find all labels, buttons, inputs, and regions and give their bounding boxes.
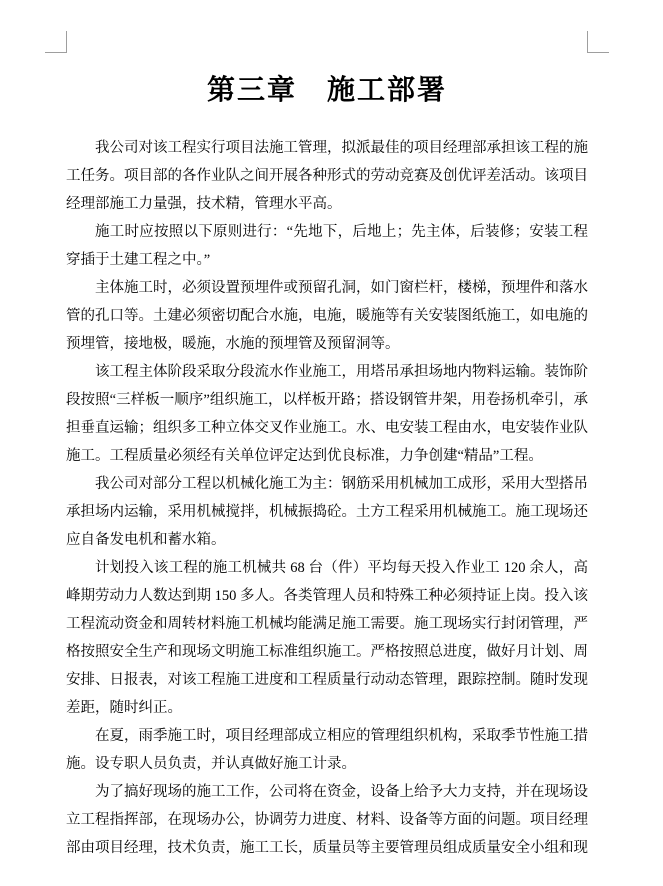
- page-margin-crop-mark-top-left: [45, 31, 67, 53]
- chapter-title: 第三章 施工部署: [66, 72, 588, 110]
- body-paragraph: 施工时应按照以下原则进行：“先地下，后地上；先主体，后装修；安装工程穿插于土建工…: [66, 218, 588, 274]
- body-paragraph: 为了搞好现场的施工工作，公司将在资金，设备上给予大力支持，并在现场设立工程指挥部…: [66, 778, 588, 862]
- body-paragraph: 在夏，雨季施工时，项目经理部成立相应的管理组织机构，采取季节性施工措施。设专职人…: [66, 722, 588, 778]
- body-paragraph: 我公司对该工程实行项目法施工管理，拟派最佳的项目经理部承担该工程的施工任务。项目…: [66, 134, 588, 218]
- page-margin-crop-mark-top-right: [587, 31, 609, 53]
- body-paragraph: 主体施工时，必须设置预埋件或预留孔洞，如门窗栏杆，楼梯，预埋件和落水管的孔口等。…: [66, 274, 588, 358]
- body-paragraph: 该工程主体阶段采取分段流水作业施工，用塔吊承担场地内物料运输。装饰阶段按照“三样…: [66, 358, 588, 470]
- body-paragraph: 我公司对部分工程以机械化施工为主：钢筋采用机械加工成形，采用大型搭吊承担场内运输…: [66, 470, 588, 554]
- document-body: 第三章 施工部署 我公司对该工程实行项目法施工管理，拟派最佳的项目经理部承担该工…: [66, 72, 588, 862]
- document-page: 第三章 施工部署 我公司对该工程实行项目法施工管理，拟派最佳的项目经理部承担该工…: [0, 0, 663, 886]
- body-paragraph: 计划投入该工程的施工机械共 68 台（件）平均每天投入作业工 120 余人，高峰…: [66, 554, 588, 722]
